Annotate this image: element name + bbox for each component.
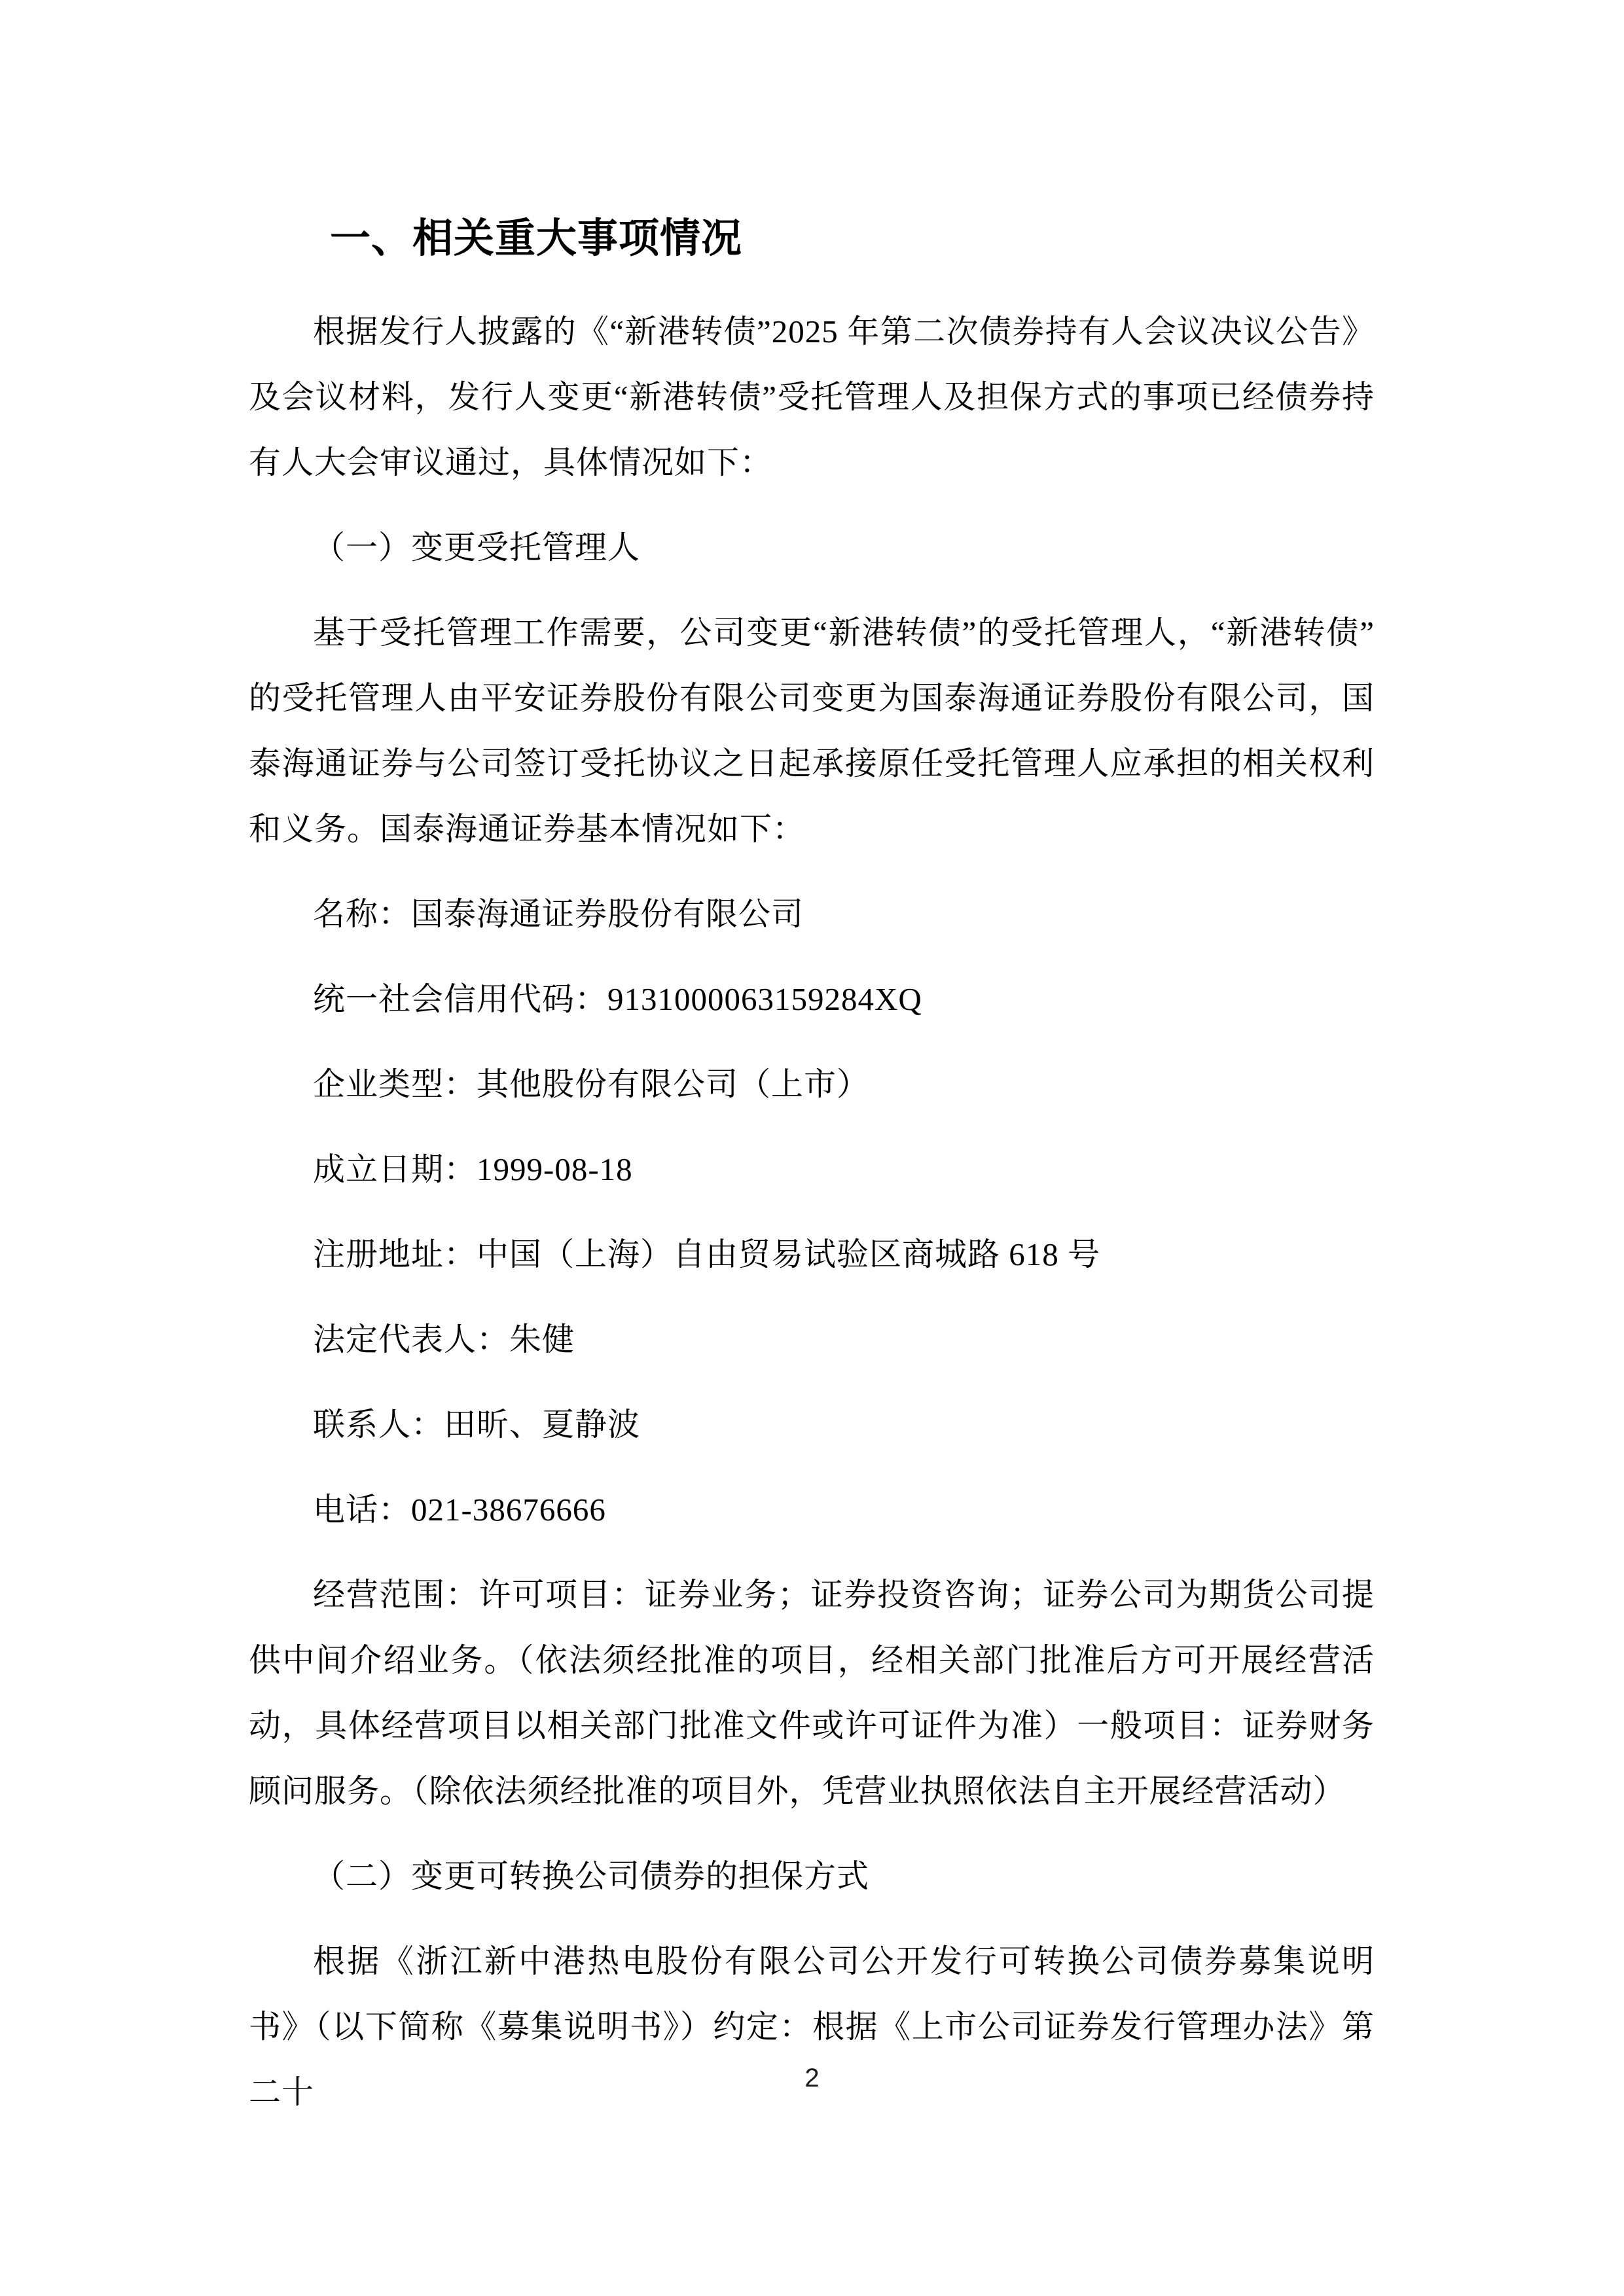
field-legal-representative: 法定代表人：朱健: [249, 1307, 1375, 1372]
para-trustee-change: 基于受托管理工作需要，公司变更“新港转债”的受托管理人，“新港转债”的受托管理人…: [249, 600, 1375, 862]
document-body: 一、相关重大事项情况 根据发行人披露的《“新港转债”2025 年第二次债券持有人…: [249, 0, 1375, 2145]
field-contacts: 联系人：田昕、夏静波: [249, 1392, 1375, 1458]
para-resolution-intro: 根据发行人披露的《“新港转债”2025 年第二次债券持有人会议决议公告》及会议材…: [249, 299, 1375, 495]
subsection-1-title: （一）变更受托管理人: [249, 515, 1375, 581]
field-company-name: 名称：国泰海通证券股份有限公司: [249, 882, 1375, 947]
field-phone: 电话：021-38676666: [249, 1477, 1375, 1543]
field-company-type: 企业类型：其他股份有限公司（上市）: [249, 1052, 1375, 1117]
document-page: 一、相关重大事项情况 根据发行人披露的《“新港转债”2025 年第二次债券持有人…: [0, 0, 1624, 2296]
page-number: 2: [0, 2052, 1624, 2104]
field-registered-address: 注册地址：中国（上海）自由贸易试验区商城路 618 号: [249, 1222, 1375, 1287]
field-established-date: 成立日期：1999-08-18: [249, 1137, 1375, 1202]
section-heading: 一、相关重大事项情况: [249, 198, 1375, 279]
subsection-2-title: （二）变更可转换公司债券的担保方式: [249, 1844, 1375, 1909]
para-business-scope: 经营范围：许可项目：证券业务；证券投资咨询；证券公司为期货公司提供中间介绍业务。…: [249, 1562, 1375, 1824]
field-credit-code: 统一社会信用代码：9131000063159284XQ: [249, 967, 1375, 1032]
